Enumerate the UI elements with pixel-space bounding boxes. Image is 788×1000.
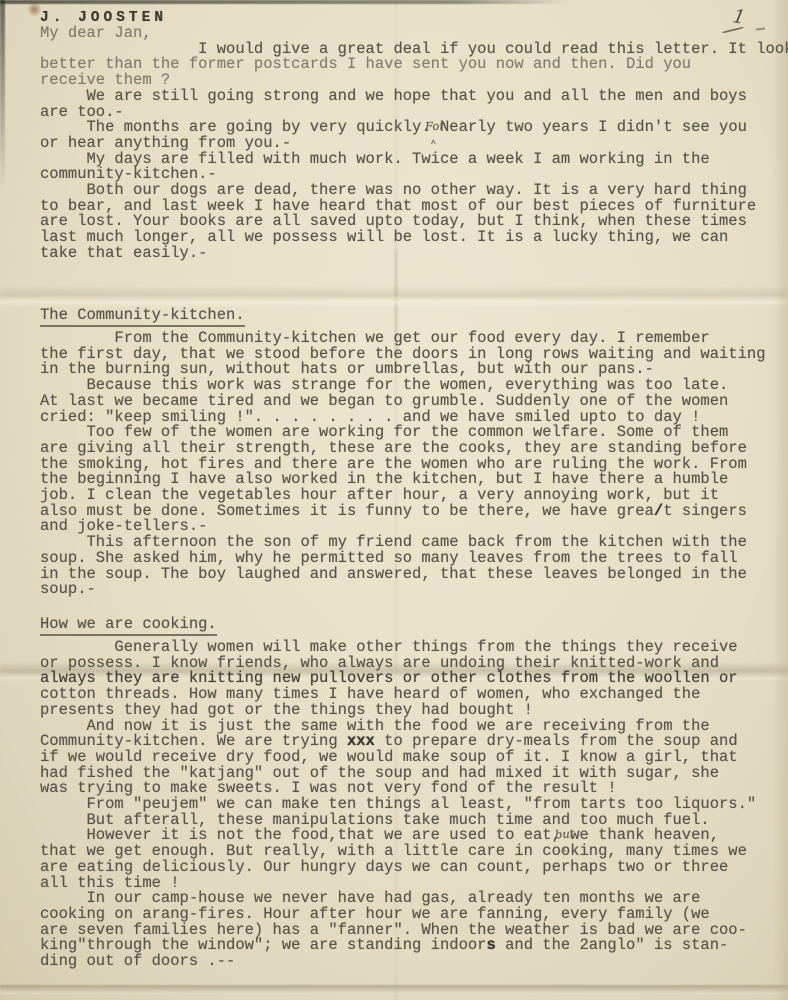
letter-line: My dear Jan, <box>40 26 780 42</box>
letter-line: in the soup. The boy laughed and answere… <box>40 567 780 583</box>
horizontal-fold-crease <box>0 286 788 308</box>
letter-line: soup.- <box>40 582 780 598</box>
paragraph-block: My dear Jan, I would give a great deal i… <box>40 26 780 262</box>
overtyped-correction: s <box>486 936 495 954</box>
letter-line: We are still going strong and we hope th… <box>40 89 780 105</box>
paragraph-block: From the Community-kitchen we get our fo… <box>40 331 780 598</box>
scan-edge-shadow <box>0 0 5 190</box>
overtyped-correction: / <box>654 502 663 520</box>
letter-line: ding out of doors .-- <box>40 954 780 970</box>
letter-line: take that easily.- <box>40 246 780 262</box>
scan-edge-shadow <box>0 0 570 4</box>
bottom-fold-edge <box>0 985 788 994</box>
section-heading-text: How we are cooking. <box>40 617 217 636</box>
section-heading-text: The Community-kitchen. <box>40 308 245 327</box>
section-heading: The Community-kitchen. <box>40 306 780 327</box>
paragraph-block: Generally women will make other things f… <box>40 640 780 970</box>
section-heading: How we are cooking. <box>40 615 780 636</box>
letter-page: J. JOOSTEN 1 My dear Jan, I would give a… <box>0 0 788 1000</box>
letter-line: receive them ? <box>40 73 780 89</box>
